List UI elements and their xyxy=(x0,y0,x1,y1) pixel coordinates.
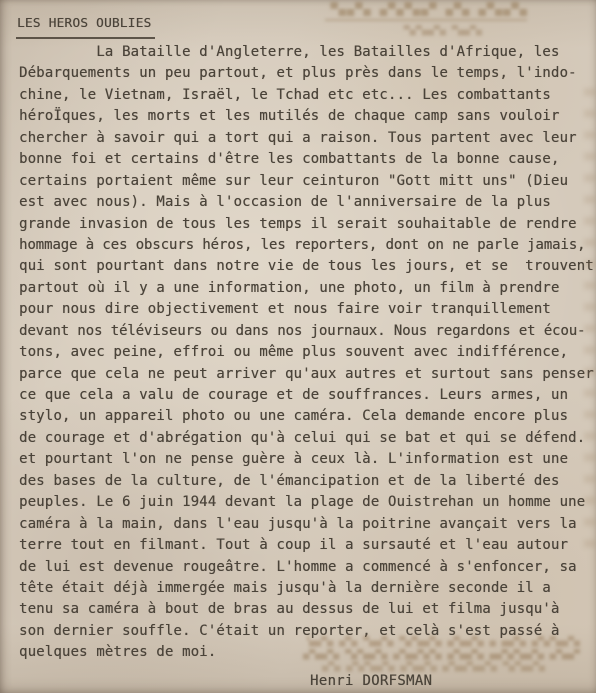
text-line: son dernier souffle. C'était un reporter… xyxy=(19,621,596,642)
text-line: terre tout en filmant. Tout à coup il a … xyxy=(19,535,596,556)
text-line: est avec nous). Mais à l'occasion de l'a… xyxy=(19,192,596,213)
text-line: et pourtant l'on ne pense guère à ceux l… xyxy=(19,449,596,470)
text-line: devant nos téléviseurs ou dans nos journ… xyxy=(19,321,596,342)
text-line: tenu sa caméra à bout de bras au dessus … xyxy=(19,599,596,620)
text-line: bonne foi et certains d'être les combatt… xyxy=(19,149,596,170)
text-line: Débarquements un peu partout, et plus pr… xyxy=(19,63,596,84)
text-line: hommage à ces obscurs héros, les reporte… xyxy=(19,235,596,256)
text-line: peuples. Le 6 juin 1944 devant la plage … xyxy=(19,492,596,513)
text-line: tons, avec peine, effroi ou même plus so… xyxy=(19,342,596,363)
bleedthrough-mark-top-2: ▄▀▄▄▀ ▄▀▄▄▀▄▀ xyxy=(342,25,482,38)
text-line: chine, le Vietnam, Israël, le Tchad etc … xyxy=(19,85,596,106)
text-line: ce que cela a valu de courage et de souf… xyxy=(19,385,596,406)
document-title: LES HEROS OUBLIES xyxy=(16,16,155,39)
document-page: ▄▀▄▄▀▄ ▄▀▄ ▀▄▄▀▄▀▄ ▄▀▄▄▀ ▄▀▄▄ ▄▀▄▄▀ ▄▀▄▄… xyxy=(0,0,596,693)
text-line: pour nous dire objectivement et nous fai… xyxy=(19,299,596,320)
text-line: chercher à savoir qui a tort qui a raiso… xyxy=(19,128,596,149)
text-line: stylo, un appareil photo ou une caméra. … xyxy=(19,406,596,427)
bleedthrough-mark-top-1: ▄▀▄▄▀▄ ▄▀▄ ▀▄▄▀▄▀▄ ▄▀▄▄▀ ▄▀▄▄ xyxy=(325,2,527,21)
document-body: La Bataille d'Angleterre, les Batailles … xyxy=(19,42,596,664)
text-line: parce que cela ne peut arriver qu'aux au… xyxy=(19,364,596,385)
title-block: LES HEROS OUBLIES xyxy=(16,12,155,39)
text-line: qui sont pourtant dans notre vie de tous… xyxy=(19,256,596,277)
text-line: quelques mètres de moi. xyxy=(19,642,596,663)
text-line: La Bataille d'Angleterre, les Batailles … xyxy=(19,42,596,63)
text-line: des bases de la culture, de l'émancipati… xyxy=(19,471,596,492)
text-line: partout où il y a une information, une p… xyxy=(19,278,596,299)
text-line: de courage et d'abrégation qu'à celui qu… xyxy=(19,428,596,449)
text-line: grande invasion de tous les temps il ser… xyxy=(19,214,596,235)
text-line: caméra à la main, dans l'eau jusqu'à la … xyxy=(19,514,596,535)
signature: Henri DORFSMAN xyxy=(310,673,432,689)
text-line: de lui est devenue rougeâtre. L'homme a … xyxy=(19,557,596,578)
text-line: tête était déjà immergée mais jusqu'à la… xyxy=(19,578,596,599)
text-line: certains portaient même sur leur ceintur… xyxy=(19,171,596,192)
text-line: héroÏques, les morts et les mutilés de c… xyxy=(19,106,596,127)
